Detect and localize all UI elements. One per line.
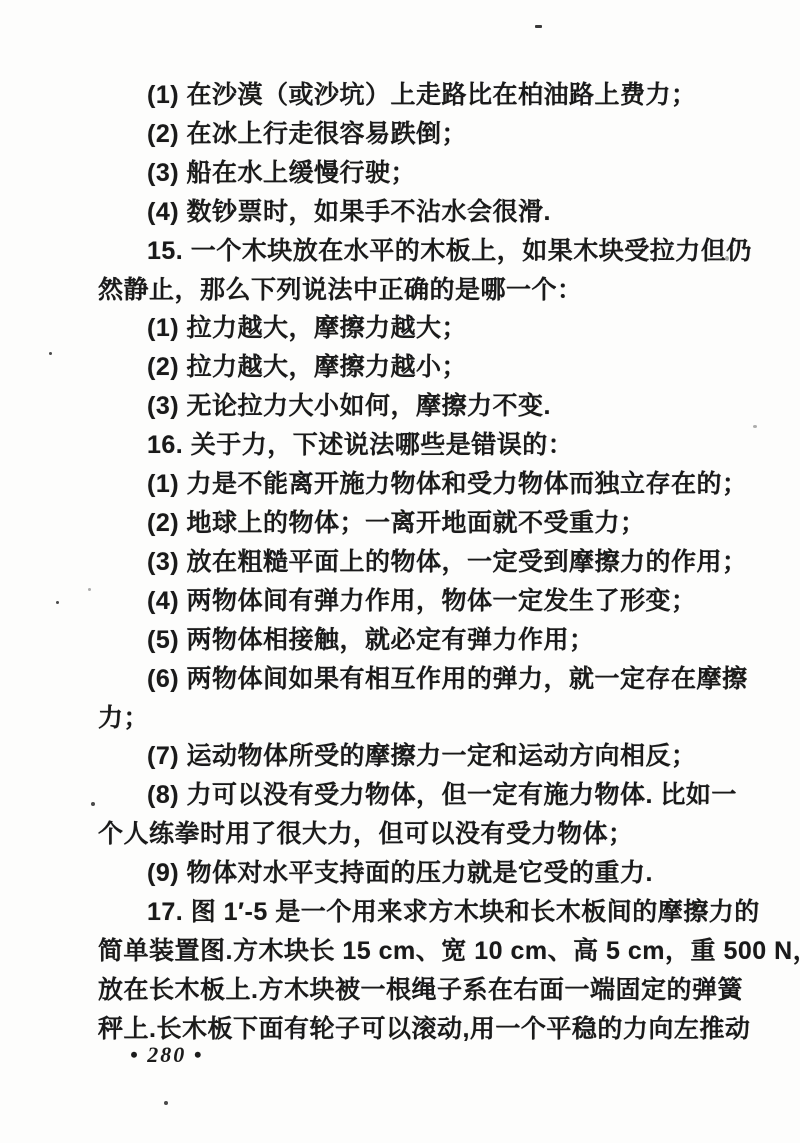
- text-line: (2) 拉力越大，摩擦力越小；: [0, 348, 800, 387]
- text-line: (3) 放在粗糙平面上的物体，一定受到摩擦力的作用；: [0, 543, 800, 582]
- scanned-textbook-page: (1) 在沙漠（或沙坑）上走路比在柏油路上费力； (2) 在冰上行走很容易跌倒；…: [0, 0, 800, 1143]
- scan-speck: [49, 352, 52, 355]
- text-line: (5) 两物体相接触，就必定有弹力作用；: [0, 621, 800, 660]
- text-line: (8) 力可以没有受力物体，但一定有施力物体. 比如一: [0, 776, 800, 815]
- scan-speck: [535, 25, 542, 28]
- text-line: 简单装置图.方木块长 15 cm、宽 10 cm、高 5 cm，重 500 N，…: [0, 932, 800, 971]
- scan-speck: [88, 588, 91, 591]
- scan-speck: [91, 802, 95, 806]
- page-number: • 280 •: [130, 1042, 203, 1068]
- text-line: (2) 地球上的物体；一离开地面就不受重力；: [0, 504, 800, 543]
- text-line: 17. 图 1′-5 是一个用来求方木块和长木板间的摩擦力的: [0, 893, 800, 932]
- text-line: (7) 运动物体所受的摩擦力一定和运动方向相反；: [0, 737, 800, 776]
- text-line: 15. 一个木块放在水平的木板上，如果木块受拉力但仍: [0, 232, 800, 271]
- physics-questions-text: (1) 在沙漠（或沙坑）上走路比在柏油路上费力； (2) 在冰上行走很容易跌倒；…: [0, 76, 800, 1049]
- text-line: (1) 力是不能离开施力物体和受力物体而独立存在的；: [0, 465, 800, 504]
- text-line: 力；: [0, 699, 800, 738]
- text-line: (2) 在冰上行走很容易跌倒；: [0, 115, 800, 154]
- text-line: 放在长木板上.方木块被一根绳子系在右面一端固定的弹簧: [0, 971, 800, 1010]
- text-line: (3) 船在水上缓慢行驶；: [0, 154, 800, 193]
- text-line: (3) 无论拉力大小如何，摩擦力不变.: [0, 387, 800, 426]
- text-line: (1) 拉力越大，摩擦力越大；: [0, 309, 800, 348]
- text-line: 个人练拳时用了很大力，但可以没有受力物体；: [0, 815, 800, 854]
- scan-speck: [56, 601, 59, 604]
- text-line: (9) 物体对水平支持面的压力就是它受的重力.: [0, 854, 800, 893]
- scan-speck: [725, 256, 729, 261]
- text-line: 然静止，那么下列说法中正确的是哪一个：: [0, 271, 800, 310]
- text-line: (4) 两物体间有弹力作用，物体一定发生了形变；: [0, 582, 800, 621]
- text-line: (4) 数钞票时，如果手不沾水会很滑.: [0, 193, 800, 232]
- text-line: (1) 在沙漠（或沙坑）上走路比在柏油路上费力；: [0, 76, 800, 115]
- scan-speck: [753, 425, 757, 428]
- scan-speck: [164, 1101, 168, 1105]
- text-line: 16. 关于力，下述说法哪些是错误的：: [0, 426, 800, 465]
- text-line: 秤上.长木板下面有轮子可以滚动,用一个平稳的力向左推动: [0, 1010, 800, 1049]
- text-line: (6) 两物体间如果有相互作用的弹力，就一定存在摩擦: [0, 660, 800, 699]
